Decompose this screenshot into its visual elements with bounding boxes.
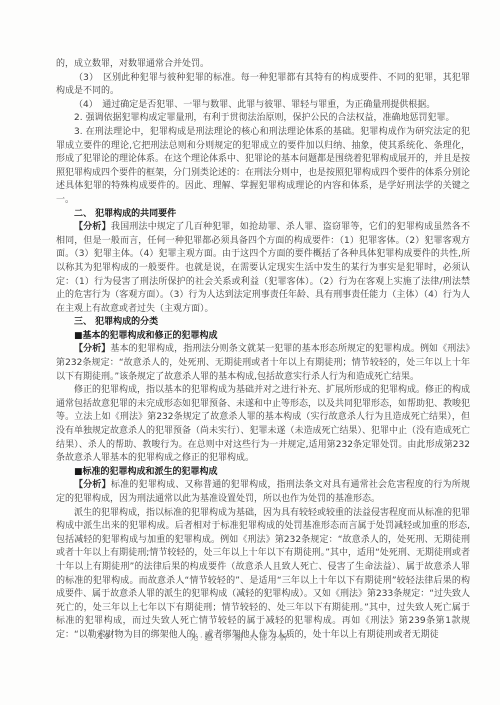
- section-heading: ■基本的犯罪构成和修正的犯罪构成: [56, 330, 470, 344]
- analysis-label: 【分析】: [74, 344, 110, 354]
- paragraph: （4） 通过确定是否犯罪、一罪与数罪、此罪与彼罪、罪轻与罪重，为正确量刑提供根据…: [56, 99, 470, 113]
- analysis-label: 【分析】: [74, 222, 111, 232]
- footer-text: 光·题（）期·大部分析: [190, 632, 289, 643]
- paragraph: 【分析】基本的犯罪构成，指刑法分则条文就某一犯罪的基本形态所规定的犯罪构成。例如…: [56, 343, 470, 384]
- analysis-label: 【分析】: [74, 480, 111, 490]
- paragraph: （3） 区别此种犯罪与彼种犯罪的标准。每一种犯罪都有其特有的构成要件、不同的犯罪…: [56, 72, 470, 99]
- paragraph: 修正的犯罪构成，指以基本的犯罪构成为基础并对之进行补充、扩展所形成的犯罪构成。修…: [56, 384, 470, 466]
- paragraph: 派生的犯罪构成，指以标准的犯罪构成为基础，因为具有较轻或较重的法益侵害程度而从标…: [56, 507, 470, 643]
- page-number: .19: [95, 632, 111, 641]
- section-heading: 三、 犯罪构成的分类: [56, 316, 470, 330]
- scanned-page: 的，成立数罪，对数罪通常合并处罚。（3） 区别此种犯罪与彼种犯罪的标准。每一种犯…: [0, 0, 500, 705]
- paragraph: 的，成立数罪，对数罪通常合并处罚。: [56, 58, 470, 72]
- section-heading: ■标准的犯罪构成和派生的犯罪构成: [56, 466, 470, 480]
- page-footer: .19 光·题（）期·大部分析: [0, 632, 500, 646]
- section-heading: 二、 犯罪构成的共同要件: [56, 208, 470, 222]
- paragraph: 【分析】我国刑法中规定了几百种犯罪，如抢劫罪、杀人罪、盗窃罪等，它们的犯罪构成虽…: [56, 221, 470, 316]
- paragraph: 2. 强调依据犯罪构成定罪量刑，有利于贯彻法治原则，保护公民的合法权益，准确地惩…: [56, 112, 470, 126]
- paragraph: 【分析】标准的犯罪构成、又称普通的犯罪构成，指刑法条文对具有通常社会危害程度的行…: [56, 479, 470, 506]
- paragraph: 3. 在刑法理论中，犯罪构成是刑法理论的核心和刑法理论体系的基础。犯罪构成作为研…: [56, 126, 470, 208]
- document-body: 的，成立数罪，对数罪通常合并处罚。（3） 区别此种犯罪与彼种犯罪的标准。每一种犯…: [56, 58, 470, 643]
